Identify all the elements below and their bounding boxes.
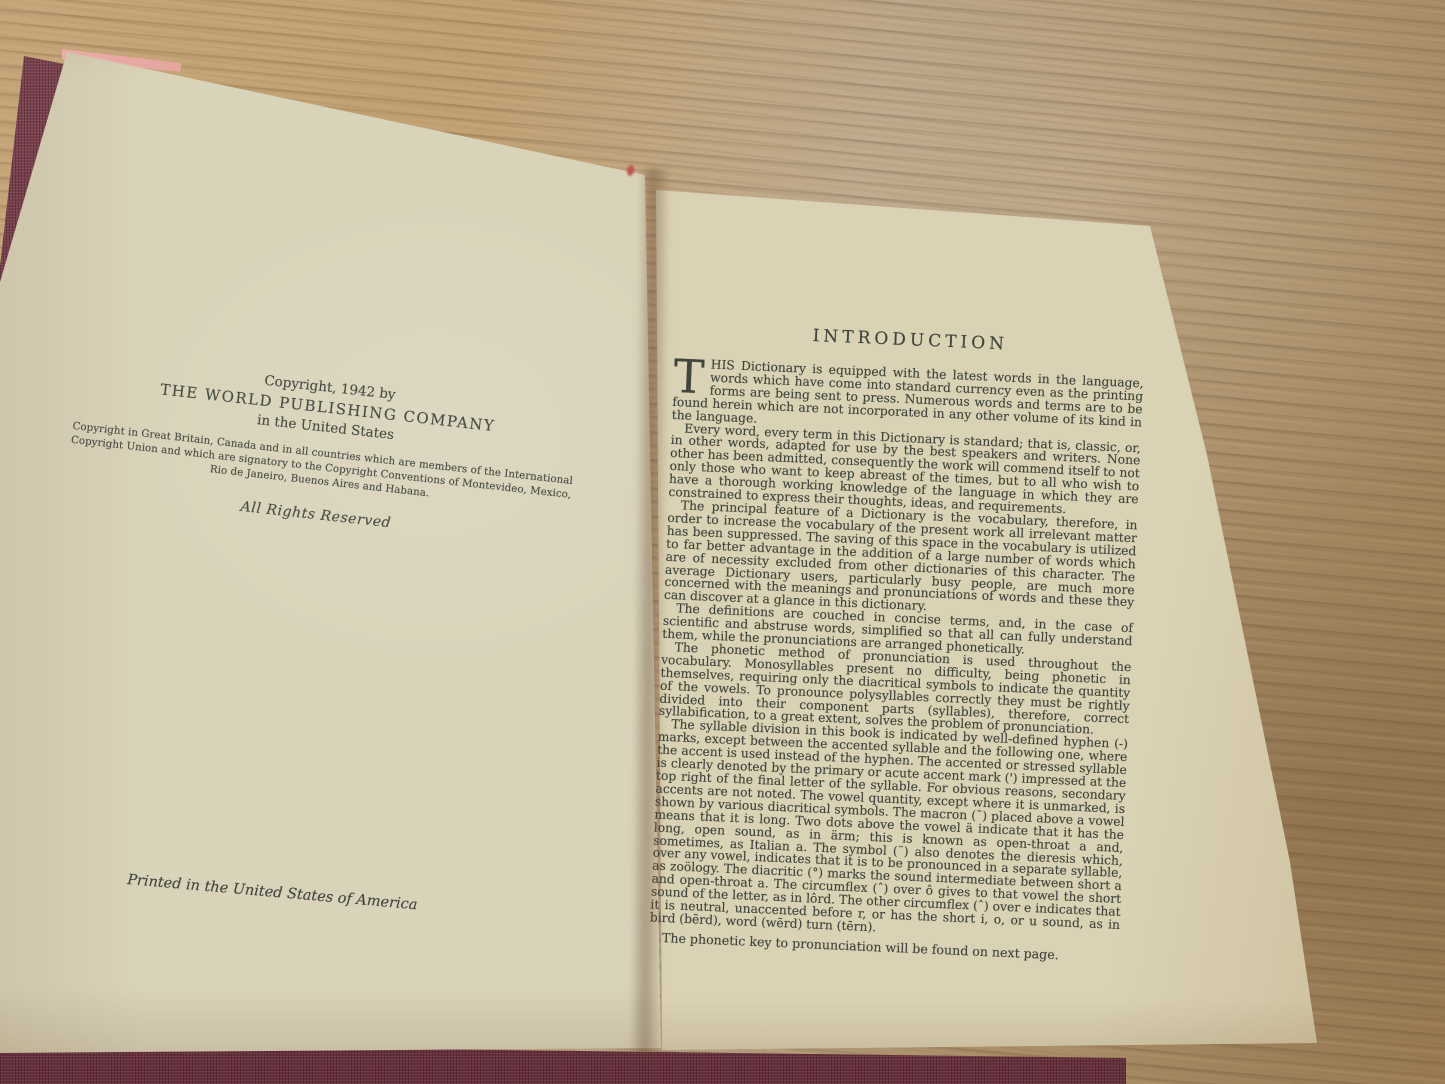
intro-paragraph-1-text: HIS Dictionary is equipped with the late…: [672, 358, 1144, 430]
open-book-photo: Copyright, 1942 by THE WORLD PUBLISHING …: [0, 0, 1445, 1084]
introduction-section: INTRODUCTION THIS Dictionary is equipped…: [649, 320, 1146, 965]
drop-cap: T: [673, 357, 711, 395]
intro-paragraph-6: The syllable division in this book is in…: [650, 718, 1129, 945]
